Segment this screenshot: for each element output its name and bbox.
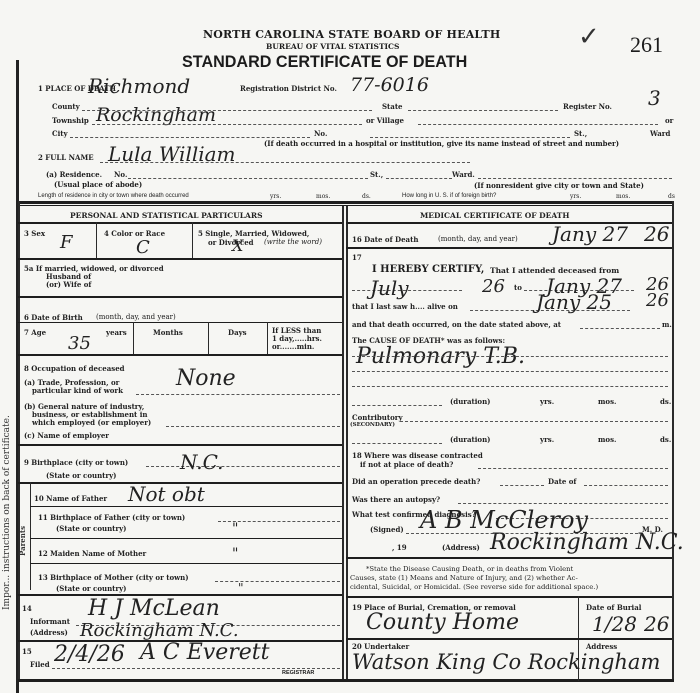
informant-label: Informant	[30, 617, 70, 626]
duration-line-1	[352, 405, 442, 406]
city-line	[70, 137, 310, 138]
foreign-yrs-label: yrs.	[570, 193, 581, 200]
last-saw-year: 26	[646, 290, 669, 311]
state-label: State	[382, 102, 403, 111]
medical-section-title: MEDICAL CERTIFICATE OF DEATH	[420, 211, 569, 220]
less-label-3: or.......min.	[272, 342, 314, 351]
dob-note: (month, day, and year)	[96, 313, 176, 321]
cause-line-2	[352, 371, 668, 372]
township-value: Rockingham	[96, 104, 216, 126]
burial-date-value: 1/28	[592, 612, 637, 636]
age-divider-2	[208, 322, 209, 354]
dob-label: 6 Date of Birth	[24, 313, 83, 322]
dod-note: (month, day, and year)	[438, 235, 518, 243]
burial-place-value: County Home	[366, 610, 519, 635]
ward-label: Ward	[650, 129, 670, 138]
township-label: Township	[52, 116, 89, 125]
age-divider-1	[133, 322, 134, 354]
mother-birth-value: "	[238, 581, 244, 595]
father-birth-value: "	[232, 521, 238, 537]
num-17: 17	[352, 253, 362, 262]
cause-line-3	[352, 386, 668, 387]
last-saw-label: that I last saw h.... alive on	[352, 302, 458, 311]
informant-value: H J McLean	[88, 596, 220, 621]
row-divider-12	[30, 563, 342, 564]
filed-label: Filed	[30, 660, 50, 669]
center-frame-right	[346, 206, 348, 681]
filed-line	[52, 668, 340, 669]
street-line	[370, 137, 570, 138]
row-divider-signed	[346, 557, 672, 559]
duration-mos-1: mos.	[598, 397, 616, 406]
township-line	[92, 124, 362, 125]
st-label: St.,	[574, 129, 587, 138]
filed-num: 15	[22, 647, 32, 656]
registrar-signature: A C Everett	[140, 640, 269, 665]
length-of-residence-label: Length of residence in city or town wher…	[38, 193, 189, 199]
row-divider-5a	[18, 296, 342, 298]
birthplace-label: 9 Birthplace (city or town)	[24, 458, 128, 467]
occupation-label: 8 Occupation of deceased	[24, 364, 125, 373]
father-label: 10 Name of Father	[34, 494, 107, 503]
center-frame-left	[342, 206, 344, 681]
row-divider-8	[18, 444, 342, 446]
row-divider-footnote	[346, 596, 672, 598]
row-divider-3	[18, 258, 342, 260]
certificate-number: 261	[630, 32, 663, 58]
register-no-value: 3	[648, 86, 661, 110]
date-19-label: , 19	[392, 543, 407, 552]
physician-address-label: (Address)	[442, 543, 480, 552]
duration-mos-2: mos.	[598, 435, 616, 444]
informant-num: 14	[22, 604, 32, 613]
parents-divider	[30, 482, 31, 590]
last-saw-value: Jany 25	[536, 290, 612, 314]
death-certificate: Impor... instructions on back of certifi…	[0, 0, 700, 693]
mother-value: "	[232, 546, 238, 562]
birthplace-line	[146, 466, 340, 467]
sex-divider	[96, 222, 97, 258]
registrar-label: REGISTRAR	[282, 670, 314, 676]
age-value: 35	[68, 333, 91, 354]
left-frame	[18, 201, 20, 681]
city-label: City	[52, 129, 68, 138]
duration-ds-2: ds.	[660, 435, 671, 444]
bottom-frame	[18, 679, 674, 682]
certify-heading: I HEREBY CERTIFY,	[372, 264, 484, 275]
duration-label-2: (duration)	[450, 435, 490, 444]
sex-value: F	[60, 232, 73, 253]
marital-label-3: (write the word)	[264, 238, 322, 246]
full-name-label: 2 FULL NAME	[38, 153, 94, 162]
row-divider-burial	[346, 638, 672, 640]
foreign-ds-label: ds	[668, 193, 675, 200]
mother-label: 12 Maiden Name of Mother	[38, 549, 146, 558]
m-label: m.	[662, 320, 672, 329]
duration-yrs-1: yrs.	[540, 397, 554, 406]
operation-line	[500, 485, 544, 486]
residence-label: (a) Residence.	[46, 170, 102, 179]
occ-c-label: (c) Name of employer	[24, 431, 109, 440]
occ-a-line	[136, 394, 340, 395]
footnote-line-3: cidental, Suicidal, or Homicidal. (See r…	[350, 583, 598, 591]
informant-address-label: (Address)	[30, 628, 68, 637]
row-divider-16	[346, 247, 672, 249]
occurred-line	[580, 328, 660, 329]
footnote-line-2: Causes, state (1) Means and Nature of In…	[350, 574, 578, 582]
check-mark-icon: ✓	[578, 22, 600, 52]
date-of-label: Date of	[548, 477, 576, 486]
row-divider-7	[18, 354, 342, 356]
spouse-label-3: (or) Wife of	[46, 280, 91, 289]
informant-address-value: Rockingham N.C.	[80, 620, 239, 641]
signed-label: (Signed)	[370, 525, 404, 534]
contracted-line	[478, 468, 668, 469]
color-label: 4 Color or Race	[104, 229, 165, 238]
nonresident-note: (If nonresident give city or town and St…	[474, 181, 644, 190]
duration-yrs-2: yrs.	[540, 435, 554, 444]
certificate-title: STANDARD CERTIFICATE OF DEATH	[182, 52, 467, 72]
village-line	[418, 124, 658, 125]
cause-line-1	[352, 356, 668, 357]
occ-a-value: None	[176, 366, 236, 391]
date-of-line	[584, 485, 668, 486]
age-years-label: years	[106, 328, 127, 337]
parents-label: Parents	[18, 526, 27, 556]
row-divider-11	[30, 538, 342, 539]
dod-value: Jany 27	[552, 222, 628, 246]
filed-value: 2/4/26	[54, 642, 125, 667]
sex-label: 3 Sex	[24, 229, 45, 238]
state-line	[408, 110, 558, 111]
age-divider-3	[267, 322, 268, 354]
county-label: County	[52, 102, 80, 111]
autopsy-label: Was there an autopsy?	[352, 495, 440, 504]
color-divider	[192, 222, 193, 258]
from-value: July	[370, 276, 409, 300]
marital-label-1: 5 Single, Married, Widowed,	[198, 229, 309, 238]
dod-year: 26	[644, 222, 669, 246]
color-value: C	[136, 237, 150, 258]
mother-birth-state-label: (State or country)	[56, 584, 126, 593]
spouse-label-1: 5a If married, widowed, or divorced	[24, 264, 164, 273]
board-title: NORTH CAROLINA STATE BOARD OF HEALTH	[203, 28, 500, 41]
occ-b-label-3: which employed (or employer)	[32, 418, 151, 427]
residence-ward-label: Ward.	[452, 170, 475, 179]
from-year: 26	[482, 276, 505, 297]
contributory-label: Contributory	[352, 413, 403, 422]
undertaker-address-label: Address	[586, 642, 617, 651]
registration-district-value: 77-6016	[350, 74, 429, 96]
header-divider	[18, 201, 673, 204]
birthplace-value: N.C.	[180, 450, 224, 474]
mother-birth-label: 13 Birthplace of Mother (city or town)	[38, 573, 189, 582]
length-yrs-label: yrs.	[270, 193, 281, 200]
contracted-label-2: if not at place of death?	[360, 460, 453, 469]
age-label: 7 Age	[24, 328, 46, 337]
birthplace-state-label: (State or country)	[46, 471, 116, 480]
duration-line-2	[352, 443, 442, 444]
marital-label-2: or Divorced	[208, 238, 254, 247]
margin-instructions-text: Impor... instructions on back of certifi…	[2, 415, 12, 610]
personal-section-title: PERSONAL AND STATISTICAL PARTICULARS	[70, 211, 263, 220]
abode-note: (Usual place of abode)	[54, 180, 142, 189]
bureau-title: BUREAU OF VITAL STATISTICS	[266, 42, 399, 51]
father-value: Not obt	[128, 482, 205, 506]
hospital-note: (If death occurred in a hospital or inst…	[264, 139, 619, 148]
footnote-line-1: *State the Disease Causing Death, or in …	[366, 565, 573, 573]
father-birth-label: 11 Birthplace of Father (city or town)	[38, 513, 185, 522]
foreign-mos-label: mos.	[616, 193, 630, 200]
burial-year: 26	[644, 612, 669, 636]
personal-title-divider	[18, 222, 342, 224]
foreign-birth-label: How long in U. S. if of foreign birth?	[402, 193, 496, 199]
residence-line	[128, 178, 368, 179]
residence-st-label: St.,	[370, 170, 383, 179]
row-divider-6	[18, 322, 342, 323]
residence-ward-line	[478, 178, 672, 179]
or-label: or	[665, 116, 673, 125]
operation-label: Did an operation precede death?	[352, 477, 480, 486]
contracted-label-1: 18 Where was disease contracted	[352, 451, 483, 460]
father-birth-state-label: (State or country)	[56, 524, 126, 533]
residence-st-line	[386, 178, 452, 179]
length-mos-label: mos.	[316, 193, 330, 200]
physician-address-value: Rockingham N.C.	[490, 530, 684, 555]
occurred-label: and that death occurred, on the date sta…	[352, 320, 561, 329]
months-label: Months	[153, 328, 183, 337]
county-value: Richmond	[88, 74, 190, 98]
occ-a-label-2: particular kind of work	[32, 386, 123, 395]
duration-ds-1: ds.	[660, 397, 671, 406]
residence-no-label: No.	[114, 170, 127, 179]
autopsy-line	[458, 503, 668, 504]
village-label: or Village	[366, 116, 404, 125]
marital-value: X	[232, 236, 243, 255]
row-divider-10	[30, 506, 342, 507]
full-name-line	[100, 162, 470, 163]
register-no-label: Register No.	[563, 102, 612, 111]
right-frame	[672, 201, 674, 681]
contributory-line	[400, 421, 668, 422]
dod-label: 16 Date of Death	[352, 235, 418, 244]
to-label: to	[514, 283, 522, 292]
occ-b-line	[166, 426, 340, 427]
registration-district-label: Registration District No.	[240, 84, 337, 93]
mother-birth-line	[215, 581, 340, 582]
secondary-label: (SECONDARY)	[350, 422, 395, 428]
no-label: No.	[314, 129, 327, 138]
days-label: Days	[228, 328, 247, 337]
length-ds-label: ds.	[362, 193, 371, 200]
undertaker-value: Watson King Co Rockingham	[352, 650, 660, 674]
burial-date-label: Date of Burial	[586, 603, 641, 612]
duration-label-1: (duration)	[450, 397, 490, 406]
